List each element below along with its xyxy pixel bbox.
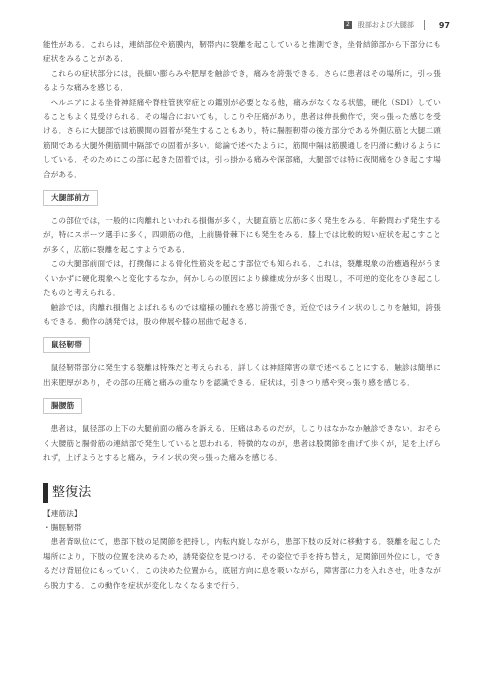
subsection-heading-iliopsoas: 腸腰筋 [43,398,82,414]
page-body: 能性がある．これらは，連結部位や筋膜内，靭帯内に裂離を起こしていると推測でき，坐… [43,38,441,593]
page-number: 97 [439,21,450,30]
method-label: 【連筋法】 [43,507,441,521]
paragraph: 鼠径靭帯部分に発生する裂離は特殊だと考えられる．詳しくは神経障害の章で述べること… [43,361,441,390]
paragraph: 能性がある．これらは，連結部位や筋膜内，靭帯内に裂離を起こしていると推測でき，坐… [43,38,441,67]
header-divider [424,20,425,30]
chapter-number-badge: 2 [344,21,352,29]
subsection-heading-anterior-thigh: 大腿部前方 [43,190,98,206]
paragraph: ヘルニアによる坐骨神経痛や脊柱管狭窄症との鑑別が必要となる他，痛みがなくなる状態… [43,96,441,182]
section-bar-marker [43,483,48,503]
paragraph: 患者背臥位にて，患部下肢の足関節を把持し，内転内旋しながら，患部下肢の反対に移動… [43,535,441,593]
subsection-heading-inguinal-ligament: 鼠径靭帯 [43,337,90,353]
paragraph: この大腿部前面では，打撲傷による骨化性筋炎を起こす部位でも知られる．これは，裂離… [43,257,441,300]
running-header: 2 股部および大腿部 97 [344,20,450,30]
paragraph: 触診では，肉離れ損傷とよばれるものでは瘤様の腫れを感じ誇張でき，近位ではライン状… [43,301,441,330]
section-title-treatment: 整復法 [43,483,441,503]
chapter-title: 股部および大腿部 [358,20,414,30]
section-title-text: 整復法 [52,486,91,500]
paragraph: これらの症状部分には，長細い膨らみや肥厚を触診でき，痛みを誇張できる．さらに患者… [43,67,441,96]
paragraph: 患者は，鼠径部の上下の大腿前面の痛みを訴える．圧痛はあるのだが，しこりはなかなか… [43,422,441,465]
item-label: ・腸脛靭帯 [43,521,441,535]
paragraph: この部位では，一般的に肉離れといわれる損傷が多く，大腿直筋と広筋に多く発生をみる… [43,214,441,257]
